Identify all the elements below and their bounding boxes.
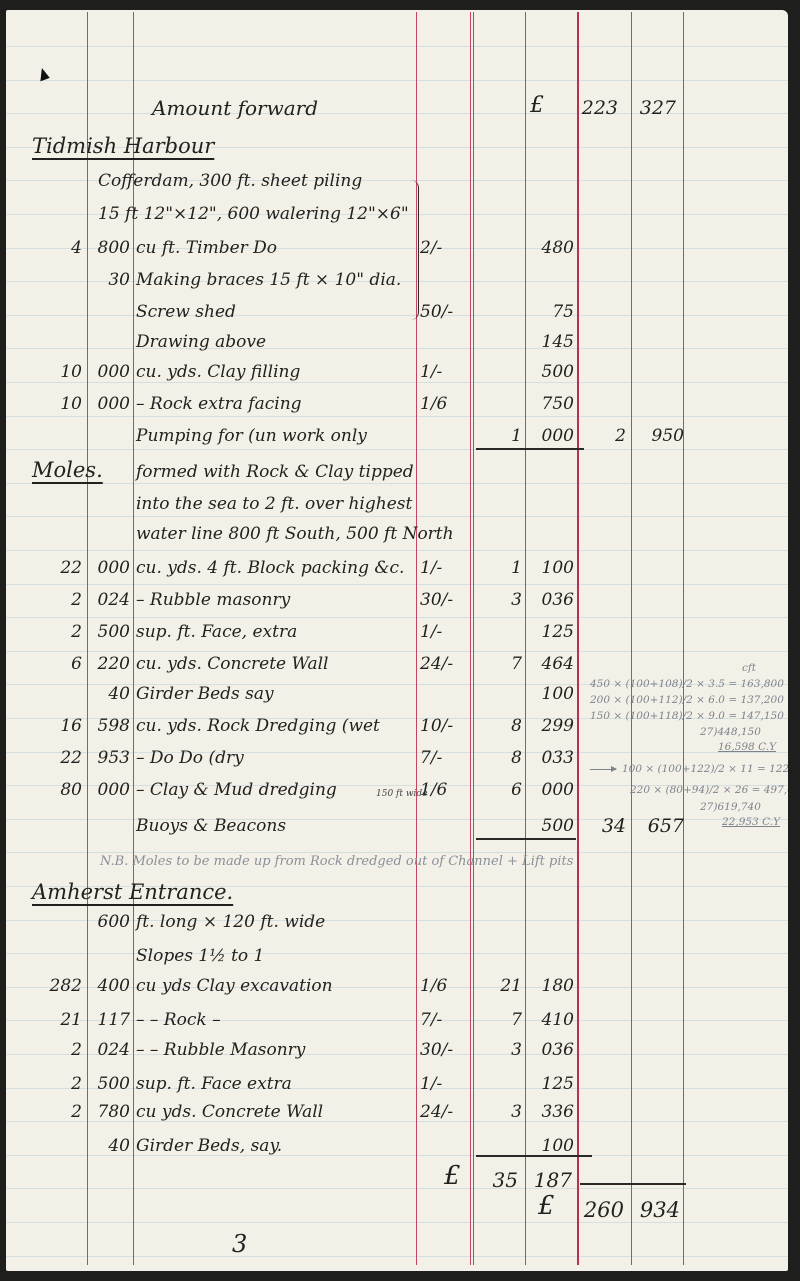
amount-units: 125	[528, 622, 574, 642]
grand-total-pound-sign: £	[538, 1196, 555, 1216]
description: cu. yds. Concrete Wall	[136, 654, 329, 674]
qty-thousands: 22	[26, 748, 82, 768]
qty-thousands: 6	[26, 654, 82, 674]
pound-sign: £	[530, 96, 544, 116]
amount-thousands: 3	[474, 1102, 522, 1122]
rate: 1/-	[420, 622, 442, 642]
amount-units: 100	[528, 684, 574, 704]
amount-units: 036	[528, 590, 574, 610]
amount-units: 480	[528, 238, 574, 258]
qty-thousands: 80	[26, 780, 82, 800]
tidmish-subtotal-units: 950	[634, 426, 684, 446]
description: Pumping for (un work only	[136, 426, 367, 446]
amount-thousands: 8	[474, 716, 522, 736]
description: cu. yds. Clay filling	[136, 362, 300, 382]
description: Cofferdam, 300 ft. sheet piling	[98, 171, 362, 191]
description: Girder Beds, say.	[136, 1136, 282, 1156]
calc-line: 200 × (100+112)/2 × 6.0 = 137,200	[590, 694, 784, 707]
description: cu yds. Concrete Wall	[136, 1102, 323, 1122]
amount-units: 125	[528, 1074, 574, 1094]
section-heading-amherst-entrance: Amherst Entrance.	[32, 882, 233, 902]
ruled-line	[6, 1188, 788, 1189]
amount-thousands: 1	[474, 558, 522, 578]
ruled-line	[6, 651, 788, 652]
description: – – Rock –	[136, 1010, 221, 1030]
qty-units: 40	[90, 1136, 130, 1156]
qty-units: 024	[90, 590, 130, 610]
amount-units: 750	[528, 394, 574, 414]
calc-sum: 27)619,740	[700, 801, 761, 814]
description: Girder Beds say	[136, 684, 274, 704]
grand-total-units: 934	[628, 1200, 680, 1220]
qty-thousands: 21	[26, 1010, 82, 1030]
description: Screw shed	[136, 302, 236, 322]
qty-units: 500	[90, 1074, 130, 1094]
description: Buoys & Beacons	[136, 816, 286, 836]
amount-thousands: 3	[474, 590, 522, 610]
ruled-line	[6, 550, 788, 551]
tidmish-sum-line	[476, 448, 584, 450]
ruled-line	[6, 416, 788, 417]
amherst-subtotal-units: 187	[528, 1170, 572, 1190]
amount-units: 000	[528, 780, 574, 800]
qty-units: 117	[90, 1010, 130, 1030]
amount-thousands: 7	[474, 654, 522, 674]
tidmish-subtotal-thousands: 2	[586, 426, 626, 446]
ruled-line	[6, 1222, 788, 1223]
rate: 1/-	[420, 558, 442, 578]
rate: 1/-	[420, 1074, 442, 1094]
ruled-line	[6, 953, 788, 954]
amount-forward-label: Amount forward	[152, 98, 318, 118]
amherst-pound-sign: £	[444, 1166, 461, 1186]
forward-units: 327	[626, 98, 676, 118]
rate: 1/-	[420, 362, 442, 382]
qty-units: 598	[90, 716, 130, 736]
amount-thousands: 1	[474, 426, 522, 446]
amount-units: 410	[528, 1010, 574, 1030]
calc-unit: cft	[742, 662, 756, 675]
description: Drawing above	[136, 332, 266, 352]
qty-thousands: 10	[26, 394, 82, 414]
ruled-line	[6, 584, 788, 585]
description: cu yds Clay excavation	[136, 976, 333, 996]
rate: 7/-	[420, 1010, 442, 1030]
qty-thousands: 2	[26, 1102, 82, 1122]
rate: 1/6	[420, 976, 447, 996]
ruled-line	[6, 46, 788, 47]
description: sup. ft. Face, extra	[136, 622, 297, 642]
amount-units: 75	[528, 302, 574, 322]
calc-result: 16,598 C.Y	[718, 741, 776, 754]
ruled-line	[6, 382, 788, 383]
qty-units: 953	[90, 748, 130, 768]
description: cu. yds. Rock Dredging (wet	[136, 716, 380, 736]
rate: 7/-	[420, 748, 442, 768]
description: – Rock extra facing	[136, 394, 302, 414]
qty-units: 000	[90, 362, 130, 382]
qty-units: 000	[90, 780, 130, 800]
description: – Do Do (dry	[136, 748, 244, 768]
calc-line: 450 × (100+108)/2 × 3.5 = 163,800	[590, 678, 784, 691]
dredging-width-note: 150 ft wide	[376, 784, 428, 804]
description: sup. ft. Face extra	[136, 1074, 292, 1094]
qty-units: 220	[90, 654, 130, 674]
description: formed with Rock & Clay tipped	[136, 462, 414, 482]
amount-thousands: 21	[474, 976, 522, 996]
amount-units: 100	[528, 1136, 574, 1156]
description: into the sea to 2 ft. over highest	[136, 494, 412, 514]
amount-units: 180	[528, 976, 574, 996]
calc-result: 22,953 C.Y	[722, 816, 780, 829]
amount-units: 500	[528, 816, 574, 836]
amount-units: 036	[528, 1040, 574, 1060]
description: Making braces 15 ft × 10" dia.	[136, 270, 401, 290]
qty-units: 800	[90, 238, 130, 258]
qty-thousands: 4	[26, 238, 82, 258]
amount-units: 464	[528, 654, 574, 674]
description: Slopes 1½ to 1	[136, 946, 264, 966]
rate: 10/-	[420, 716, 453, 736]
amount-thousands: 7	[474, 1010, 522, 1030]
column-rule-qty-thousands	[87, 12, 88, 1265]
qty-units: 500	[90, 622, 130, 642]
amount-units: 000	[528, 426, 574, 446]
section-heading-tidmish-harbour: Tidmish Harbour	[32, 136, 214, 156]
ruled-line	[6, 315, 788, 316]
amount-units: 299	[528, 716, 574, 736]
description: water line 800 ft South, 500 ft North	[136, 524, 454, 544]
calc-line: 100 × (100+122)/2 × 11 = 122,100	[622, 763, 788, 776]
calc-line: 220 × (80+94)/2 × 26 = 497,640	[630, 784, 788, 797]
rate: 50/-	[420, 302, 453, 322]
pencil-note: N.B. Moles to be made up from Rock dredg…	[100, 852, 573, 872]
amount-units: 500	[528, 362, 574, 382]
rate: 24/-	[420, 1102, 453, 1122]
qty-thousands: 22	[26, 558, 82, 578]
section-heading-moles: Moles.	[32, 460, 103, 480]
qty-units: 780	[90, 1102, 130, 1122]
column-rule-amount-units	[577, 12, 579, 1265]
rate: 30/-	[420, 590, 453, 610]
qty-thousands: 2	[26, 622, 82, 642]
ruled-line	[6, 80, 788, 81]
ruled-line	[6, 516, 788, 517]
description: cu ft. Timber Do	[136, 238, 277, 258]
description: 15 ft 12"×12", 600 walering 12"×6"	[98, 204, 409, 224]
amount-units: 100	[528, 558, 574, 578]
rate: 24/-	[420, 654, 453, 674]
page-number: 3	[232, 1234, 247, 1254]
rate: 1/6	[420, 394, 447, 414]
amount-units: 336	[528, 1102, 574, 1122]
amount-thousands: 3	[474, 1040, 522, 1060]
ledger-page: Amount forward £ 223 327 Cofferdam, 300 …	[6, 10, 788, 1271]
qty-units: 400	[90, 976, 130, 996]
forward-thousands: 223	[546, 98, 618, 118]
amount-units: 033	[528, 748, 574, 768]
ruled-line	[6, 617, 788, 618]
ruled-line	[6, 348, 788, 349]
grand-total-thousands: 260	[572, 1200, 624, 1220]
column-rule-total-thousands	[631, 12, 632, 1265]
qty-thousands: 2	[26, 1074, 82, 1094]
qty-units: 000	[90, 394, 130, 414]
cofferdam-brace	[410, 180, 419, 320]
ruled-line	[6, 449, 788, 450]
column-rule-rate	[470, 12, 471, 1265]
calc-arrow-icon	[590, 769, 616, 770]
qty-units: 600	[90, 912, 130, 932]
qty-thousands: 16	[26, 716, 82, 736]
qty-units: 000	[90, 558, 130, 578]
qty-thousands: 2	[26, 590, 82, 610]
qty-units: 024	[90, 1040, 130, 1060]
moles-subtotal-units: 657	[634, 816, 684, 836]
description: – Rubble masonry	[136, 590, 290, 610]
calc-sum: 27)448,150	[700, 726, 761, 739]
qty-units: 30	[90, 270, 130, 290]
description: cu. yds. 4 ft. Block packing &c.	[136, 558, 404, 578]
qty-thousands: 10	[26, 362, 82, 382]
amherst-subtotal-thousands: 35	[476, 1170, 518, 1190]
description: ft. long × 120 ft. wide	[136, 912, 325, 932]
calc-line: 150 × (100+118)/2 × 9.0 = 147,150	[590, 710, 784, 723]
amherst-sum-line	[476, 1155, 592, 1157]
qty-thousands: 282	[26, 976, 82, 996]
grand-total-line	[580, 1183, 686, 1185]
qty-units: 40	[90, 684, 130, 704]
amount-thousands: 6	[474, 780, 522, 800]
description: – Clay & Mud dredging	[136, 780, 337, 800]
ruled-line	[6, 1256, 788, 1257]
qty-thousands: 2	[26, 1040, 82, 1060]
moles-sum-line	[476, 838, 576, 840]
rate: 2/-	[420, 238, 442, 258]
rate: 30/-	[420, 1040, 453, 1060]
description: – – Rubble Masonry	[136, 1040, 305, 1060]
column-rule-total-units	[683, 12, 684, 1265]
amount-thousands: 8	[474, 748, 522, 768]
amount-units: 145	[528, 332, 574, 352]
column-rule-qty-units	[133, 12, 134, 1265]
moles-subtotal-thousands: 34	[584, 816, 626, 836]
column-rule-amount-thousands	[525, 12, 526, 1265]
ruled-line	[6, 483, 788, 484]
